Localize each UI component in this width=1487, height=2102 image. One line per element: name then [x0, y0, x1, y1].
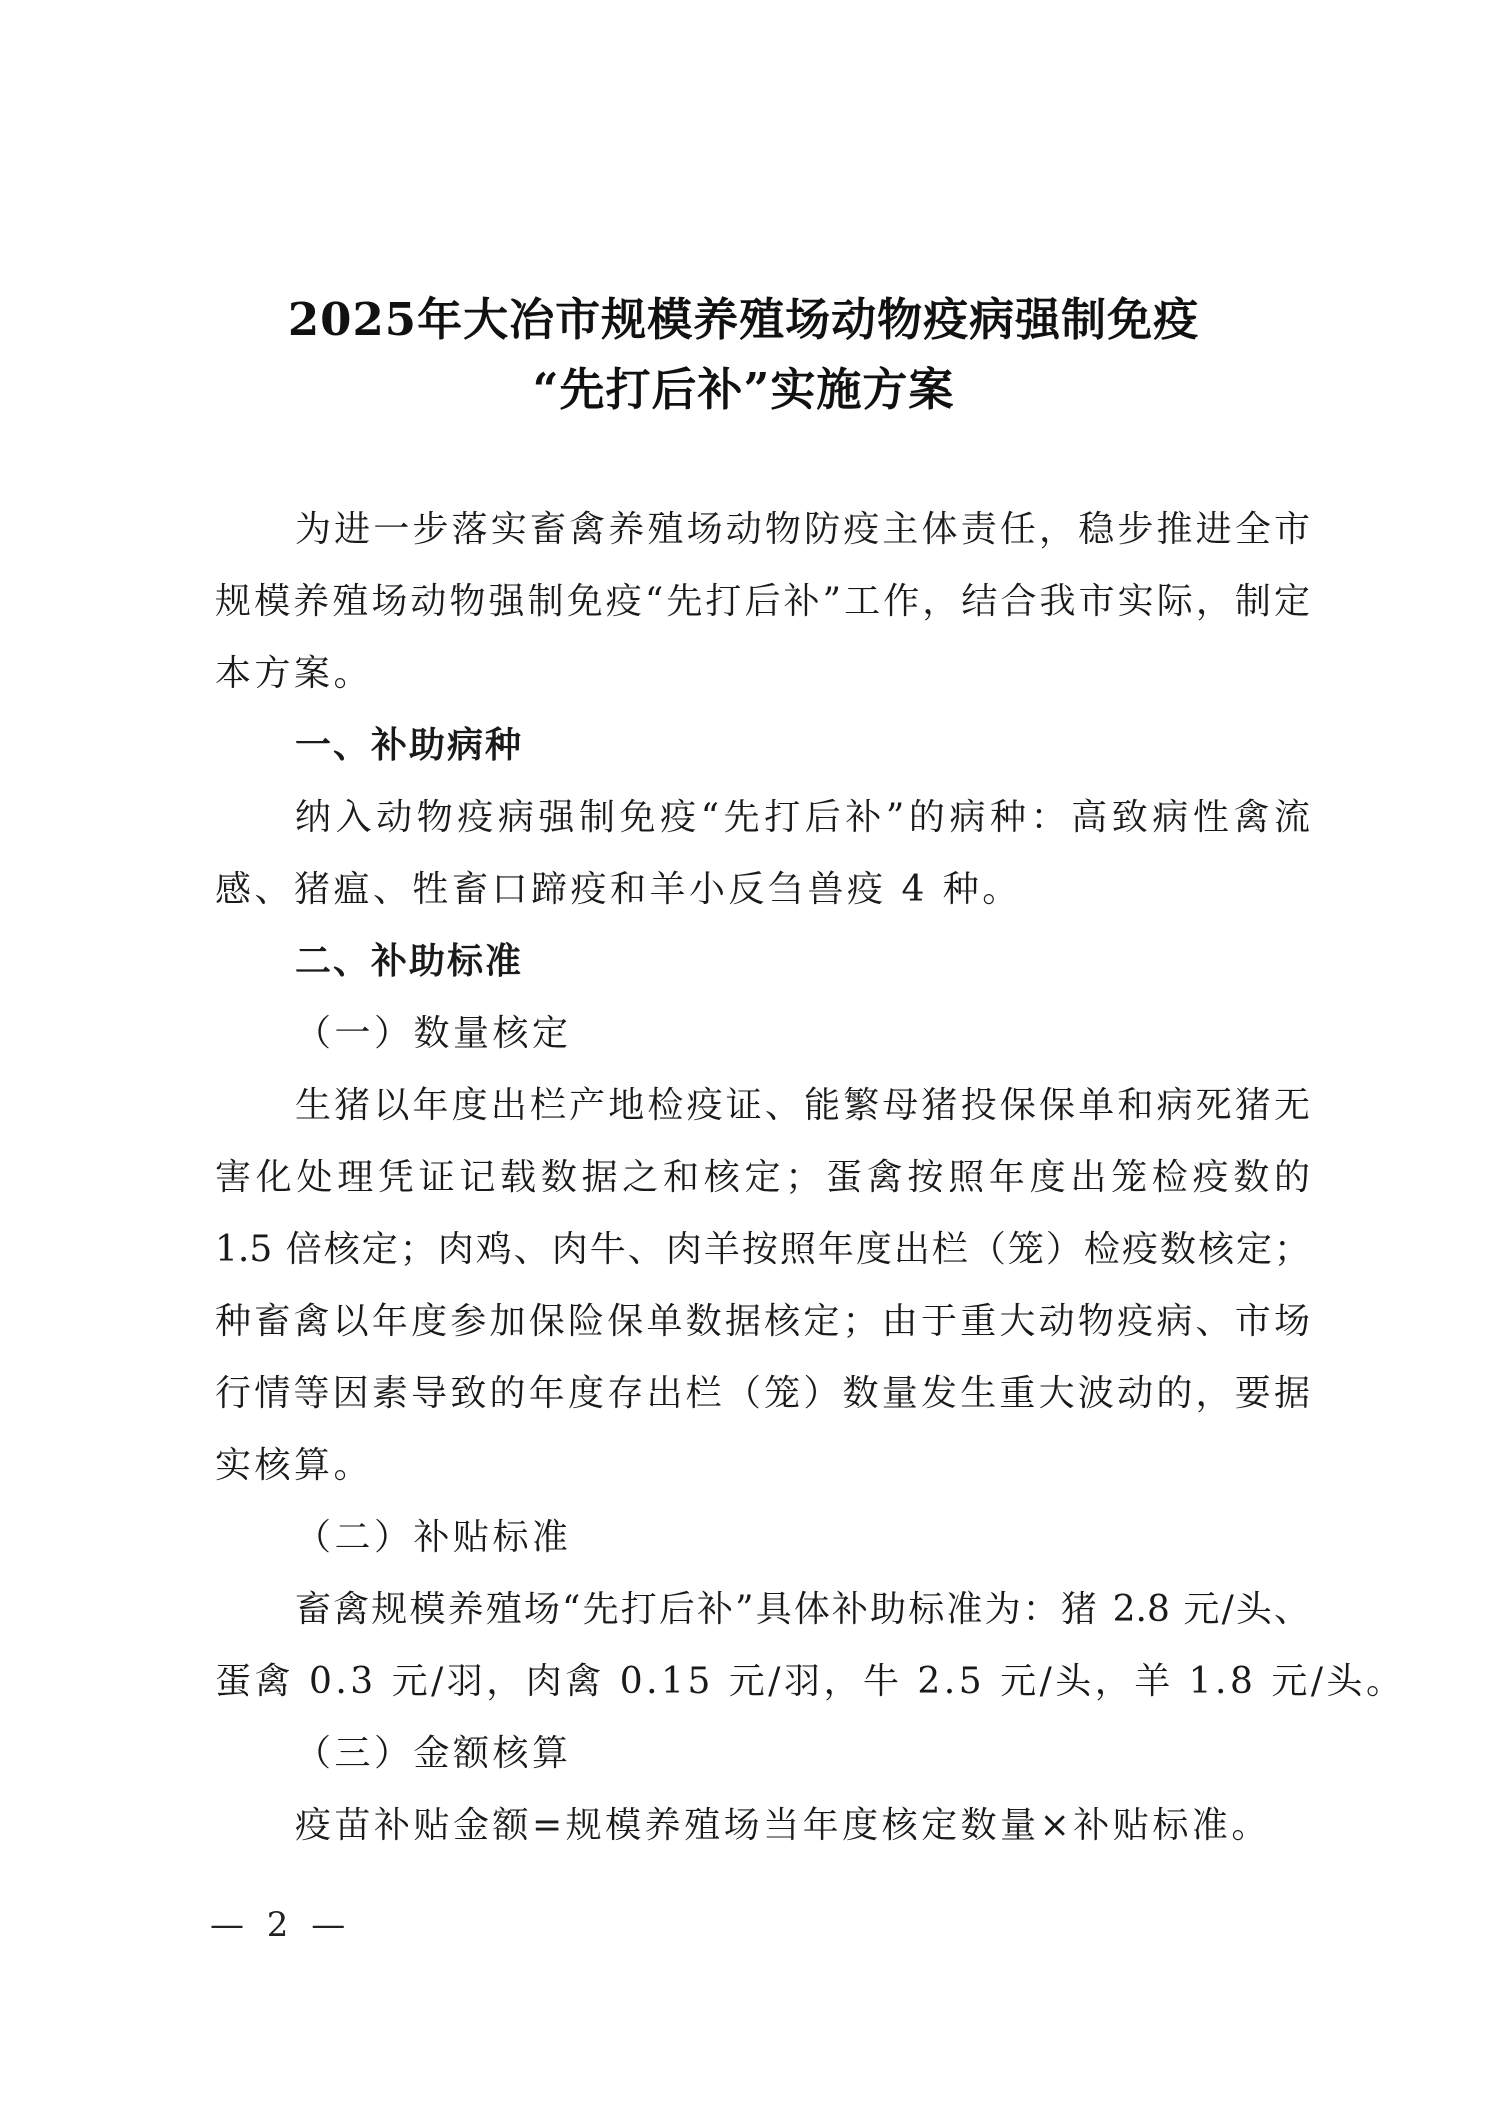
section-2-sub-1-line-6: 实核算。 [215, 1444, 1310, 1488]
section-2-sub-1-line-5: 行情等因素导致的年度存出栏（笼）数量发生重大波动的，要据 [215, 1372, 1310, 1416]
page-number: — 2 — [210, 1905, 351, 1945]
section-2-sub-2-line-2: 蛋禽 0.3 元/羽，肉禽 0.15 元/羽，牛 2.5 元/头，羊 1.8 元… [215, 1660, 1310, 1704]
section-2-sub-3-heading: （三）金额核算 [295, 1732, 1390, 1776]
section-2-sub-1-line-1: 生猪以年度出栏产地检疫证、能繁母猪投保保单和病死猪无 [295, 1084, 1310, 1128]
section-2-sub-1-line-3: 1.5 倍核定；肉鸡、肉牛、肉羊按照年度出栏（笼）检疫数核定； [215, 1228, 1310, 1272]
section-2-sub-3-line-1: 疫苗补贴金额=规模养殖场当年度核定数量×补贴标准。 [295, 1804, 1390, 1848]
intro-line-2: 规模养殖场动物强制免疫“先打后补”工作，结合我市实际，制定 [215, 580, 1310, 624]
section-1-heading: 一、补助病种 [295, 724, 1390, 768]
document-title-line-2: “先打后补”实施方案 [0, 360, 1487, 420]
section-1-line-2: 感、猪瘟、牲畜口蹄疫和羊小反刍兽疫 4 种。 [215, 868, 1310, 912]
section-2-sub-1-line-4: 种畜禽以年度参加保险保单数据核定；由于重大动物疫病、市场 [215, 1300, 1310, 1344]
intro-line-3: 本方案。 [215, 652, 1310, 696]
intro-line-1: 为进一步落实畜禽养殖场动物防疫主体责任，稳步推进全市 [295, 508, 1310, 552]
section-2-sub-2-heading: （二）补贴标准 [295, 1516, 1390, 1560]
document-title-line-1: 2025年大冶市规模养殖场动物疫病强制免疫 [0, 290, 1487, 350]
section-2-sub-2-line-1: 畜禽规模养殖场“先打后补”具体补助标准为：猪 2.8 元/头、 [295, 1588, 1310, 1632]
section-2-sub-1-heading: （一）数量核定 [295, 1012, 1390, 1056]
section-1-line-1: 纳入动物疫病强制免疫“先打后补”的病种：高致病性禽流 [295, 796, 1310, 840]
section-2-sub-1-line-2: 害化处理凭证记载数据之和核定；蛋禽按照年度出笼检疫数的 [215, 1156, 1310, 1200]
section-2-heading: 二、补助标准 [295, 940, 1390, 984]
